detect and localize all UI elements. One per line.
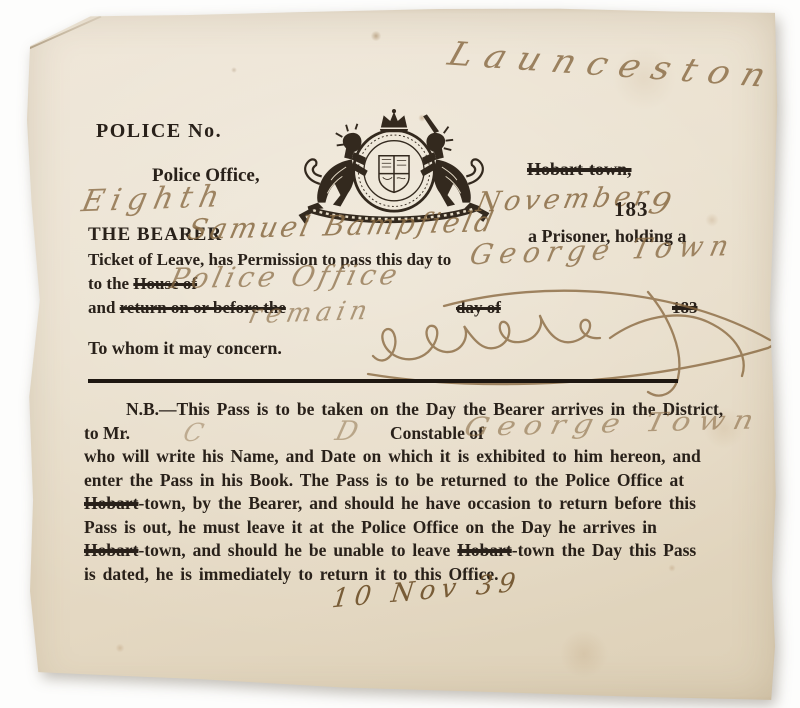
constable-initial-1-handwriting: C: [180, 418, 206, 447]
notice-line-5: Hobart-town, by the Bearer, and should h…: [84, 493, 774, 514]
place-printed-struck: Hobart-town,: [527, 159, 632, 180]
notice-line-7-rest: -town the Day this Pass: [512, 540, 696, 560]
notice-line-7: Hobart-town, and should he be unable to …: [84, 540, 774, 561]
notice-line-4: enter the Pass in his Book. The Pass is …: [84, 470, 774, 491]
document-paper: Launceston POLICE No.: [24, 8, 778, 702]
paper-shadow: Launceston POLICE No.: [0, 0, 800, 708]
hobart-struck: Hobart: [84, 493, 138, 513]
to-the-text: to the: [88, 274, 129, 293]
destination-handwriting: George Town: [467, 229, 739, 272]
notice-line-7-mid: -town, and should he be unable to leave: [138, 540, 450, 560]
notice-line-3: who will write his Name, and Date on whi…: [84, 446, 774, 467]
photograph-background: Launceston POLICE No.: [0, 0, 800, 708]
unicorn-supporter: [420, 114, 483, 210]
police-no-label: POLICE No.: [96, 120, 222, 143]
notice-line-6: Pass is out, he must leave it at the Pol…: [84, 517, 774, 538]
year-printed: 183: [614, 197, 649, 222]
and-text: and: [88, 298, 115, 317]
paper-fold-crease: [28, 16, 102, 51]
magistrate-signature: [348, 278, 798, 406]
hobart-struck: Hobart: [457, 540, 511, 560]
concern-line: To whom it may concern.: [88, 338, 282, 359]
shield: [379, 156, 409, 193]
bearer-name-handwriting: Samuel Bampfield: [185, 205, 500, 246]
lion-supporter: [305, 124, 368, 210]
hobart-struck: Hobart: [84, 540, 138, 560]
crown: [380, 109, 408, 132]
annotation-place-handwriting: Launceston: [444, 34, 783, 95]
constable-initial-2-handwriting: D: [332, 416, 361, 447]
notice-line-5-rest: -town, by the Bearer, and should he have…: [138, 493, 696, 513]
notice-to-mr: to Mr.: [84, 423, 130, 444]
divider-rule: [88, 379, 678, 383]
